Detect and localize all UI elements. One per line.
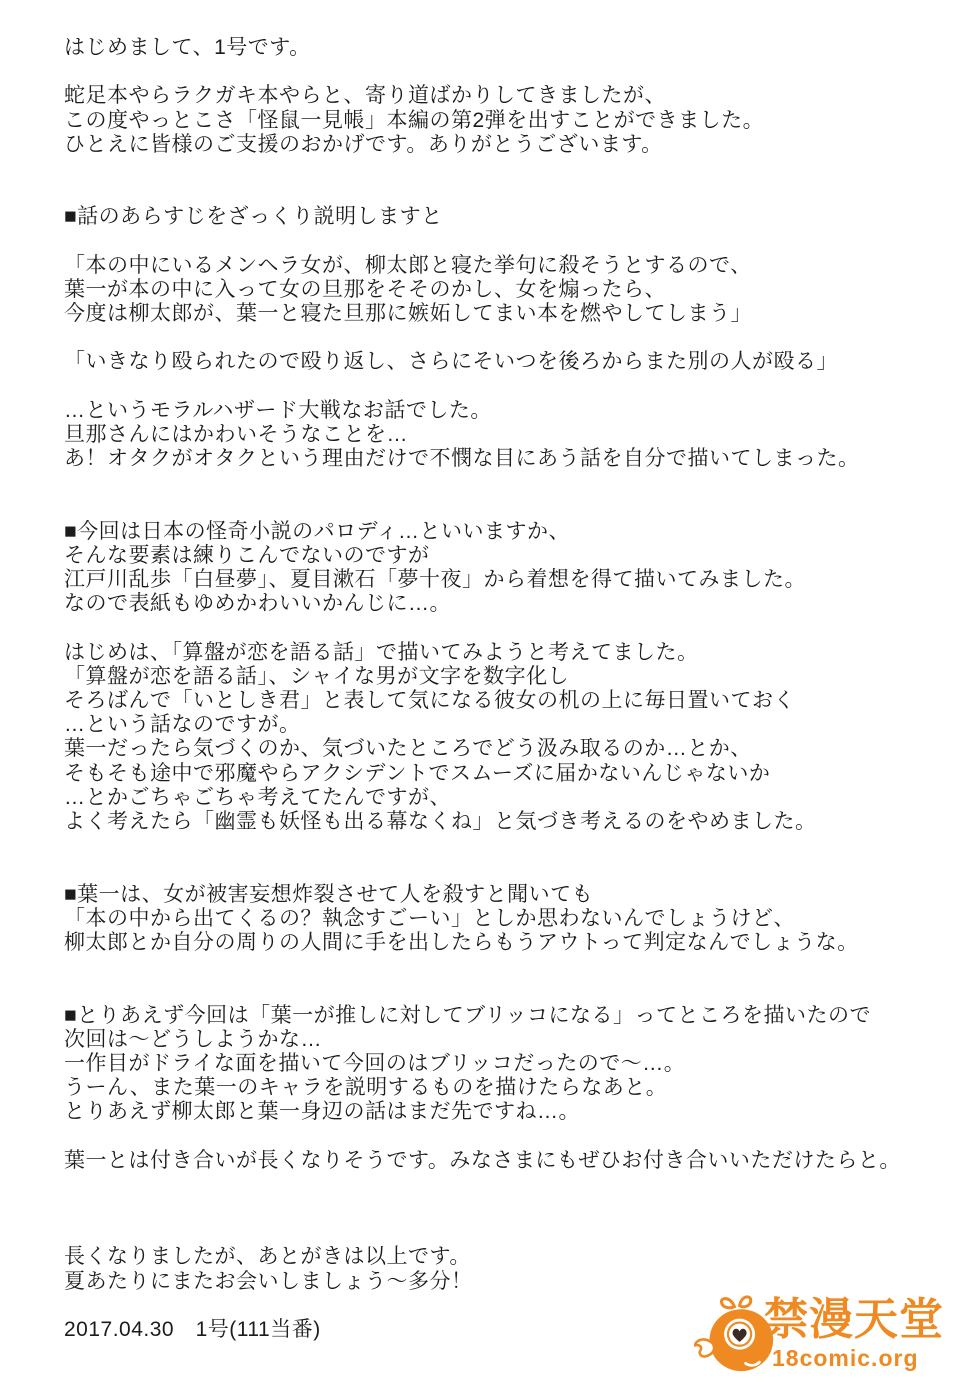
blank-line: [64, 230, 950, 254]
text-line: 「いきなり殴られたので殴り返し、さらにそいつを後ろからまた別の人が殴る」: [64, 350, 950, 374]
blank-line: [64, 326, 950, 350]
text-line: はじめまして、1号です。: [64, 36, 950, 60]
text-line: ■とりあえず今回は「葉一が推しに対してブリッコになる」ってところを描いたので: [64, 1004, 950, 1028]
text-line: うーん、また葉一のキャラを説明するものを描けたらなあと。: [64, 1076, 950, 1100]
blank-line: [64, 858, 950, 882]
afterword-page: はじめまして、1号です。 蛇足本やらラクガキ本やらと、寄り道ばかりしてきましたが…: [0, 0, 960, 1384]
blank-line: [64, 60, 950, 84]
text-line: 蛇足本やらラクガキ本やらと、寄り道ばかりしてきましたが、: [64, 84, 950, 108]
watermark-site-name: 禁漫天堂: [764, 1296, 944, 1344]
text-line: はじめは、「算盤が恋を語る話」で描いてみようと考えてました。: [64, 641, 950, 665]
text-line: …という話なのですが。: [64, 713, 950, 737]
text-line: ■葉一は、女が被害妄想炸裂させて人を殺すと聞いても: [64, 883, 950, 907]
blank-line: [64, 834, 950, 858]
text-line: そろばんで「いとしき君」と表して気になる彼女の机の上に毎日置いておく: [64, 689, 950, 713]
blank-line: [64, 471, 950, 495]
site-watermark: 禁漫天堂 18comic.org: [694, 1292, 954, 1380]
blank-line: [64, 496, 950, 520]
blank-line: [64, 1197, 950, 1221]
text-line: よく考えたら「幽霊も妖怪も出る幕なくね」と気づき考えるのをやめました。: [64, 810, 950, 834]
text-line: 「算盤が恋を語る話」、シャイな男が文字を数字化し: [64, 665, 950, 689]
text-line: ■今回は日本の怪奇小説のパロディ…といいますか、: [64, 520, 950, 544]
blank-line: [64, 1173, 950, 1197]
text-line: …とかごちゃごちゃ考えてたんですが、: [64, 786, 950, 810]
text-line: 次回は～どうしようかな…: [64, 1028, 950, 1052]
text-line: そんな要素は練りこんでないのですが: [64, 544, 950, 568]
text-line: とりあえず柳太郎と葉一身辺の話はまだ先ですね…。: [64, 1100, 950, 1124]
text-line: ■話のあらすじをざっくり説明しますと: [64, 205, 950, 229]
text-line: あ！オタクがオタクという理由だけで不憫な目にあう話を自分で描いてしまった。: [64, 447, 950, 471]
text-line: 「本の中から出てくるの？執念すごーい」としか思わないんでしょうけど、: [64, 907, 950, 931]
blank-line: [64, 617, 950, 641]
blank-line: [64, 1221, 950, 1245]
text-line: …というモラルハザード大戦なお話でした。: [64, 399, 950, 423]
text-line: 江戸川乱歩「白昼夢」、夏目漱石「夢十夜」から着想を得て描いてみました。: [64, 568, 950, 592]
text-line: この度やっとこさ「怪鼠一見帳」本編の第2弾を出すことができました。: [64, 109, 950, 133]
text-line: 一作目がドライな面を描いて今回のはブリッコだったので～…。: [64, 1052, 950, 1076]
blank-line: [64, 1124, 950, 1148]
text-line: 「本の中にいるメンヘラ女が、柳太郎と寝た挙句に殺そうとするので、: [64, 254, 950, 278]
text-line: そもそも途中で邪魔やらアクシデントでスムーズに届かないんじゃないか: [64, 762, 950, 786]
blank-line: [64, 955, 950, 979]
blank-line: [64, 375, 950, 399]
text-line: なので表紙もゆめかわいいかんじに…。: [64, 592, 950, 616]
blank-line: [64, 979, 950, 1003]
text-body: はじめまして、1号です。 蛇足本やらラクガキ本やらと、寄り道ばかりしてきましたが…: [64, 36, 950, 1342]
text-line: ひとえに皆様のご支援のおかげです。ありがとうございます。: [64, 133, 950, 157]
text-line: 葉一が本の中に入って女の旦那をそそのかし、女を煽ったら、: [64, 278, 950, 302]
text-line: 葉一だったら気づくのか、気づいたところでどう汲み取るのか…とか、: [64, 737, 950, 761]
watermark-site-domain: 18comic.org: [772, 1345, 919, 1372]
text-line: 長くなりましたが、あとがきは以上です。: [64, 1245, 950, 1269]
text-line: 今度は柳太郎が、葉一と寝た旦那に嫉妬してまい本を燃やしてしまう」: [64, 302, 950, 326]
blank-line: [64, 181, 950, 205]
text-line: 夏あたりにまたお会いしましょう～多分！: [64, 1270, 950, 1294]
text-line: 葉一とは付き合いが長くなりそうです。みなさまにもぜひお付き合いいただけたらと。: [64, 1149, 950, 1173]
blank-line: [64, 157, 950, 181]
text-line: 旦那さんにはかわいそうなことを…: [64, 423, 950, 447]
text-line: 柳太郎とか自分の周りの人間に手を出したらもうアウトって判定なんでしょうな。: [64, 931, 950, 955]
